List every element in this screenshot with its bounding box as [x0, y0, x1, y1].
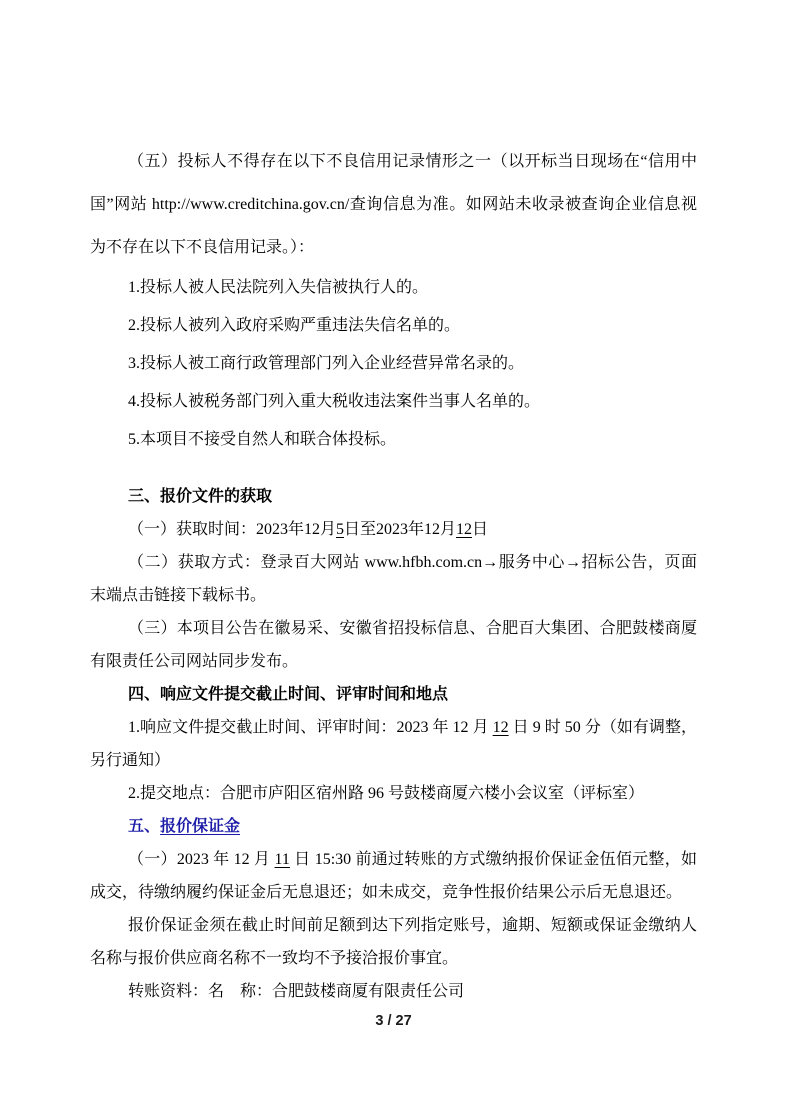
heading-section-5: 五、报价保证金: [90, 810, 697, 843]
para-announcement-sites: （三）本项目公告在徽易采、安徽省招投标信息、合肥百大集团、合肥鼓楼商厦有限责任公…: [90, 612, 697, 678]
text-run: （五）投标人不得存在以下不良信用记录情形之一（以开标当日现场在“信用中国”网站 …: [90, 153, 697, 256]
list-item-credit-5: 5.本项目不接受自然人和联合体投标。: [90, 421, 697, 459]
text-run: （一）2023 年 12 月: [128, 851, 275, 868]
underlined-text-run: 5: [336, 521, 344, 538]
heading-section-3: 三、报价文件的获取: [90, 480, 697, 513]
text-run: 五、: [128, 818, 160, 835]
text-run: 报价保证金须在截止时间前足额到达下列指定账号，逾期、短额或保证金缴纳人名称与报价…: [90, 917, 697, 967]
text-run: 转账资料：名 称：合肥鼓楼商厦有限责任公司: [128, 983, 464, 1000]
document-page: （五）投标人不得存在以下不良信用记录情形之一（以开标当日现场在“信用中国”网站 …: [0, 0, 787, 1104]
document-body: （五）投标人不得存在以下不良信用记录情形之一（以开标当日现场在“信用中国”网站 …: [90, 140, 697, 1008]
underlined-text-run: 报价保证金: [160, 818, 240, 835]
text-run: （二）获取方式：登录百大网站 www.hfbh.com.cn→服务中心→招标公告…: [90, 554, 697, 604]
list-item-credit-4: 4.投标人被税务部门列入重大税收违法案件当事人名单的。: [90, 383, 697, 421]
para-deposit-payment: （一）2023 年 12 月 11 日 15:30 前通过转账的方式缴纳报价保证…: [90, 843, 697, 909]
underlined-text-run: 11: [275, 851, 290, 868]
page-number: 3 / 27: [0, 1013, 787, 1029]
para-deposit-rules: 报价保证金须在截止时间前足额到达下列指定账号，逾期、短额或保证金缴纳人名称与报价…: [90, 909, 697, 975]
para-submission-address: 2.提交地点：合肥市庐阳区宿州路 96 号鼓楼商厦六楼小会议室（评标室）: [90, 777, 697, 810]
para-deadline-time: 1.响应文件提交截止时间、评审时间：2023 年 12 月 12 日 9 时 5…: [90, 711, 697, 777]
text-run: （三）本项目公告在徽易采、安徽省招投标信息、合肥百大集团、合肥鼓楼商厦有限责任公…: [90, 620, 697, 670]
para-obtain-time: （一）获取时间：2023年12月5日至2023年12月12日: [90, 513, 697, 546]
list-item-credit-2: 2.投标人被列入政府采购严重违法失信名单的。: [90, 307, 697, 345]
list-item-credit-3: 3.投标人被工商行政管理部门列入企业经营异常名录的。: [90, 345, 697, 383]
underlined-text-run: 12: [493, 719, 509, 736]
text-run: 日至2023年12月: [344, 521, 456, 538]
text-run: 日: [472, 521, 488, 538]
text-run: 1.响应文件提交截止时间、评审时间：2023 年 12 月: [128, 719, 493, 736]
para-obtain-method: （二）获取方式：登录百大网站 www.hfbh.com.cn→服务中心→招标公告…: [90, 546, 697, 612]
underlined-text-run: 12: [456, 521, 472, 538]
text-run: （一）获取时间：2023年12月: [128, 521, 336, 538]
para-transfer-info: 转账资料：名 称：合肥鼓楼商厦有限责任公司: [90, 975, 697, 1008]
heading-section-4: 四、响应文件提交截止时间、评审时间和地点: [90, 678, 697, 711]
para-credit-record-intro: （五）投标人不得存在以下不良信用记录情形之一（以开标当日现场在“信用中国”网站 …: [90, 140, 697, 269]
list-item-credit-1: 1.投标人被人民法院列入失信被执行人的。: [90, 269, 697, 307]
text-run: 2.提交地点：合肥市庐阳区宿州路 96 号鼓楼商厦六楼小会议室（评标室）: [128, 785, 644, 802]
